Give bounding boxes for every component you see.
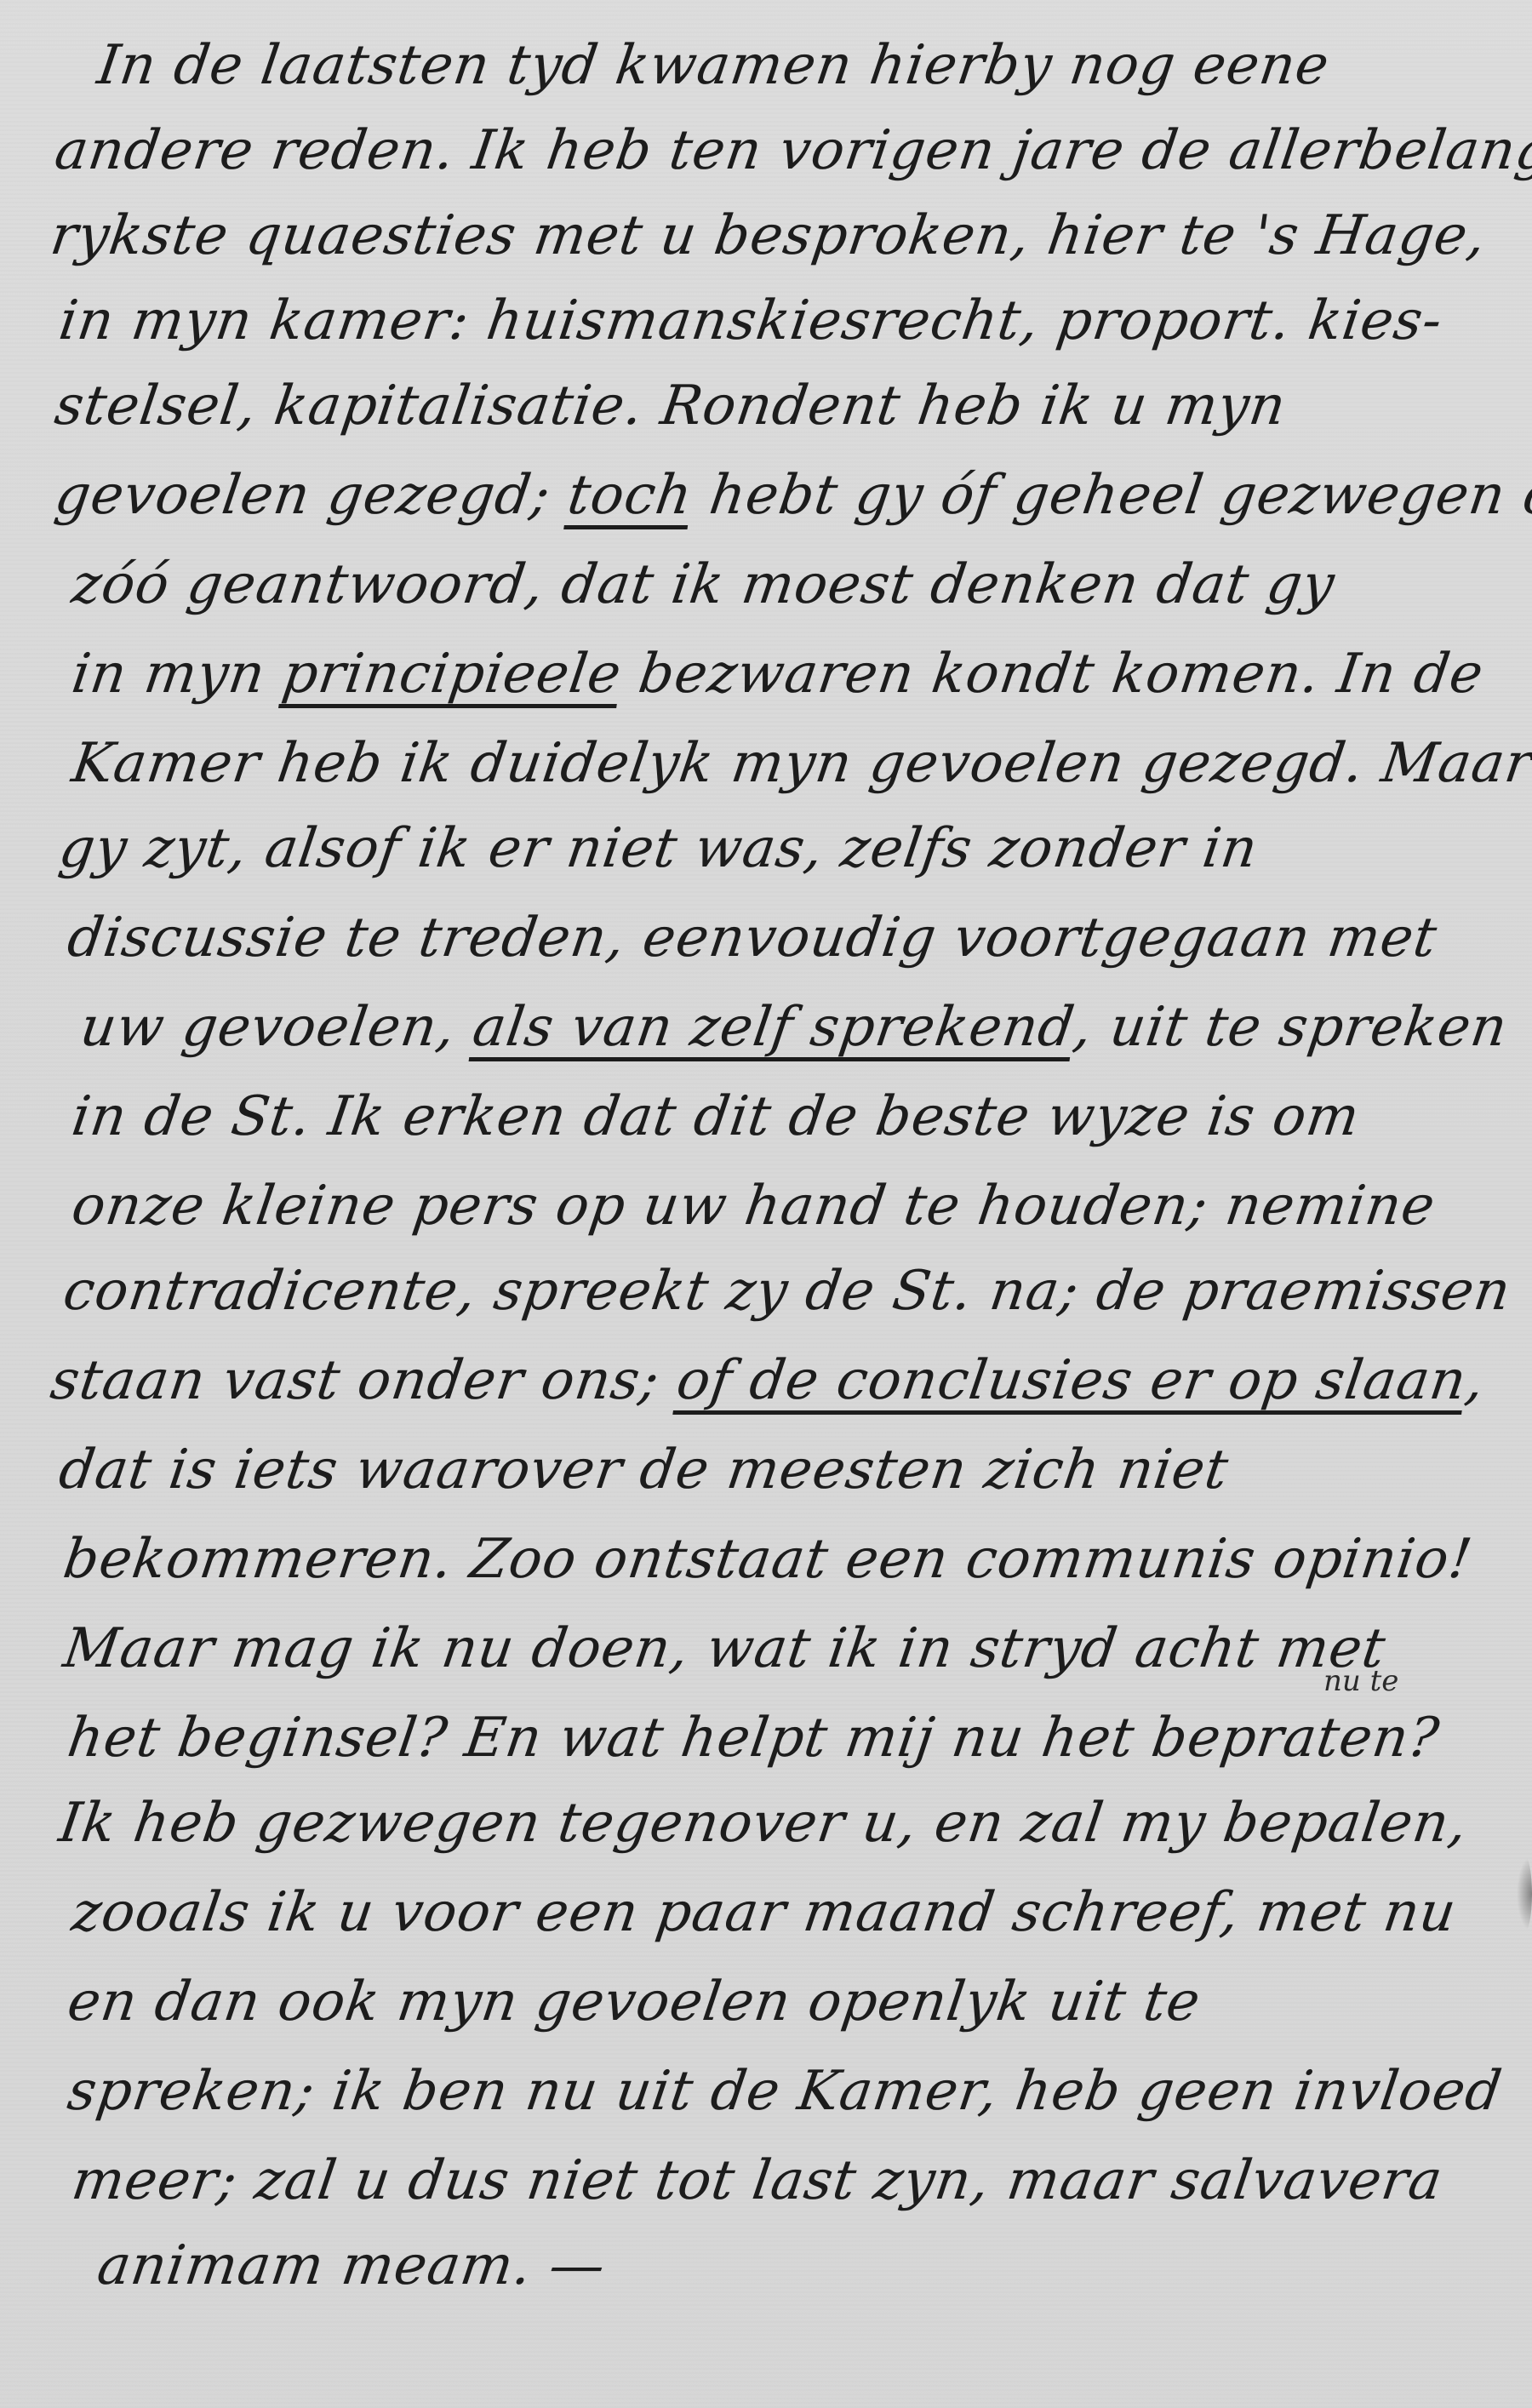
text-line: Maar mag ik nu doen, wat ik in stryd ach… [60, 1617, 1390, 1680]
underlined-phrase: toch [564, 464, 697, 527]
underlined-phrase: als van zelf sprekend [469, 996, 1078, 1059]
text-line: stelsel, kapitalisatie. Rondent heb ik u… [51, 375, 1290, 438]
text-line: Kamer heb ik duidelyk myn gevoelen gezeg… [68, 732, 1532, 795]
text-line: rykste quaesties met u besproken, hier t… [47, 204, 1490, 267]
text-line: bekommeren. Zoo ontstaat een communis op… [60, 1528, 1477, 1591]
text-line-underlined: staan vast onder ons; of de conclusies e… [47, 1349, 1489, 1412]
text-line: animam meam. — [94, 2234, 609, 2297]
text-line: het beginsel? En wat helpt mij nu het be… [64, 1707, 1443, 1770]
text-line-underlined: uw gevoelen, als van zelf sprekend, uit … [77, 996, 1512, 1059]
text-line: onze kleine pers op uw hand te houden; n… [68, 1175, 1439, 1238]
text-line: en dan ook myn gevoelen openlyk uit te [64, 1970, 1204, 2033]
text-line: in myn kamer: huismanskiesrecht, proport… [55, 289, 1447, 352]
text-line: In de laatsten tyd kwamen hierby nog een… [94, 34, 1333, 97]
text-line: zooals ik u voor een paar maand schreef,… [68, 1881, 1461, 1944]
interlinear-insertion: nu te [1323, 1664, 1398, 1698]
text-line: meer; zal u dus niet tot last zyn, maar … [68, 2149, 1447, 2212]
text-line-underlined: in myn principieele bezwaren kondt komen… [68, 643, 1488, 706]
text-line: Ik heb gezwegen tegenover u, en zal my b… [55, 1792, 1472, 1855]
text-line: andere reden. Ik heb ten vorigen jare de… [51, 119, 1532, 182]
text-line: dat is iets waarover de meesten zich nie… [55, 1439, 1232, 1501]
text-line-underlined: gevoelen gezegd; toch hebt gy óf geheel … [51, 464, 1532, 527]
underlined-phrase: of de conclusies er op slaan [673, 1349, 1471, 1412]
underlined-phrase: principieele [278, 643, 625, 706]
text-line: in de St. Ik erken dat dit de beste wyze… [68, 1085, 1363, 1148]
text-line: zóó geantwoord, dat ik moest denken dat … [68, 553, 1339, 616]
page-edge-shadow [1517, 1856, 1532, 1932]
text-line: gy zyt, alsof ik er niet was, zelfs zond… [55, 817, 1262, 880]
letter-page: In de laatsten tyd kwamen hierby nog een… [0, 0, 1532, 2408]
text-line: spreken; ik ben nu uit de Kamer, heb gee… [64, 2060, 1506, 2123]
text-line: discussie te treden, eenvoudig voortgega… [64, 907, 1441, 969]
text-line: contradicente, spreekt zy de St. na; de … [60, 1260, 1515, 1323]
